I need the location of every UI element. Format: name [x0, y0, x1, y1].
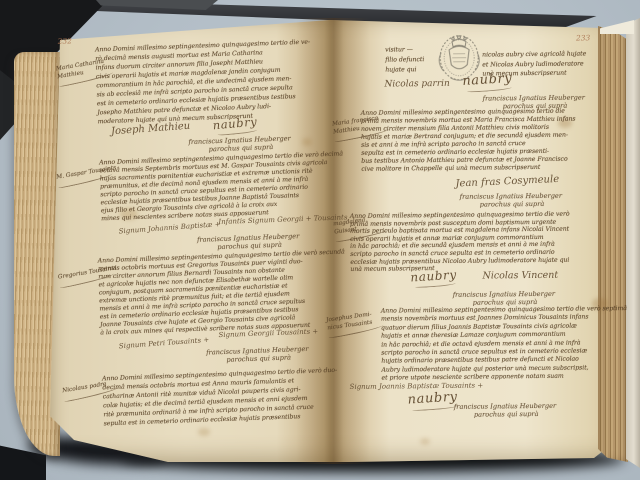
folio-number-left: 232 [58, 36, 73, 46]
right-page: 233 visitur —filio defunctihujate qui ni… [330, 17, 627, 462]
register-entry: Anno Domini millesimo septingentesimo qu… [381, 305, 622, 383]
priest-signature: franciscus Ignatius Heubergerparochus qu… [460, 192, 562, 210]
margin-note: Josephus Domi-nicus Tousaints [326, 310, 384, 337]
signature: Jean fras Cosymeule [455, 174, 559, 190]
signature-naubry: naubry [212, 114, 258, 136]
register-entry: Anno Domini millesimo septingentesimo qu… [361, 107, 606, 174]
priest-signature: franciscus Ignatius Heubergerparochus qu… [188, 134, 291, 155]
signature-naubry: naubry [462, 71, 513, 93]
register-entry: Anno Domini millesimo septingentesimo qu… [95, 37, 332, 127]
signature: Nicolas parrin [384, 79, 449, 90]
folio-number-right: 233 [576, 33, 590, 42]
entry-continuation-left: visitur —filio defunctihujate qui [385, 45, 424, 75]
priest-signature: franciscus Ignatius Heubergerparochus qu… [197, 232, 300, 253]
signature-naubry: naubry [410, 268, 457, 289]
priest-signature: franciscus Ignatius Heubergerparochus qu… [454, 402, 556, 420]
witness-mark: Signum Petri Tousaints + [119, 336, 210, 350]
witness-mark: Signum Joannis Baptistæ Tousaints + [350, 382, 484, 391]
witness-mark: Signum Johannis Baptistæ + [118, 220, 220, 235]
book-cover-edge [626, 18, 640, 468]
left-page: 232 Maria CatharinaMatthieu Anno Domini … [49, 20, 365, 463]
signature-naubry: naubry [407, 389, 458, 411]
register-entry: Anno Domini millesimo septingentesimo qu… [102, 366, 344, 429]
priest-signature: franciscus Ignatius Heubergerparochus qu… [206, 345, 309, 366]
signature: Nicolas Vincent [482, 270, 558, 282]
register-entry: Anno Domini millesimo septingentesimo qu… [98, 249, 341, 338]
register-entry: Anno Domini millesimo septingentesimo qu… [99, 151, 337, 224]
archival-manuscript-photo: 232 Maria CatharinaMatthieu Anno Domini … [0, 0, 640, 480]
register-entry: Anno Domini millesimo septingentesimo qu… [350, 210, 603, 273]
